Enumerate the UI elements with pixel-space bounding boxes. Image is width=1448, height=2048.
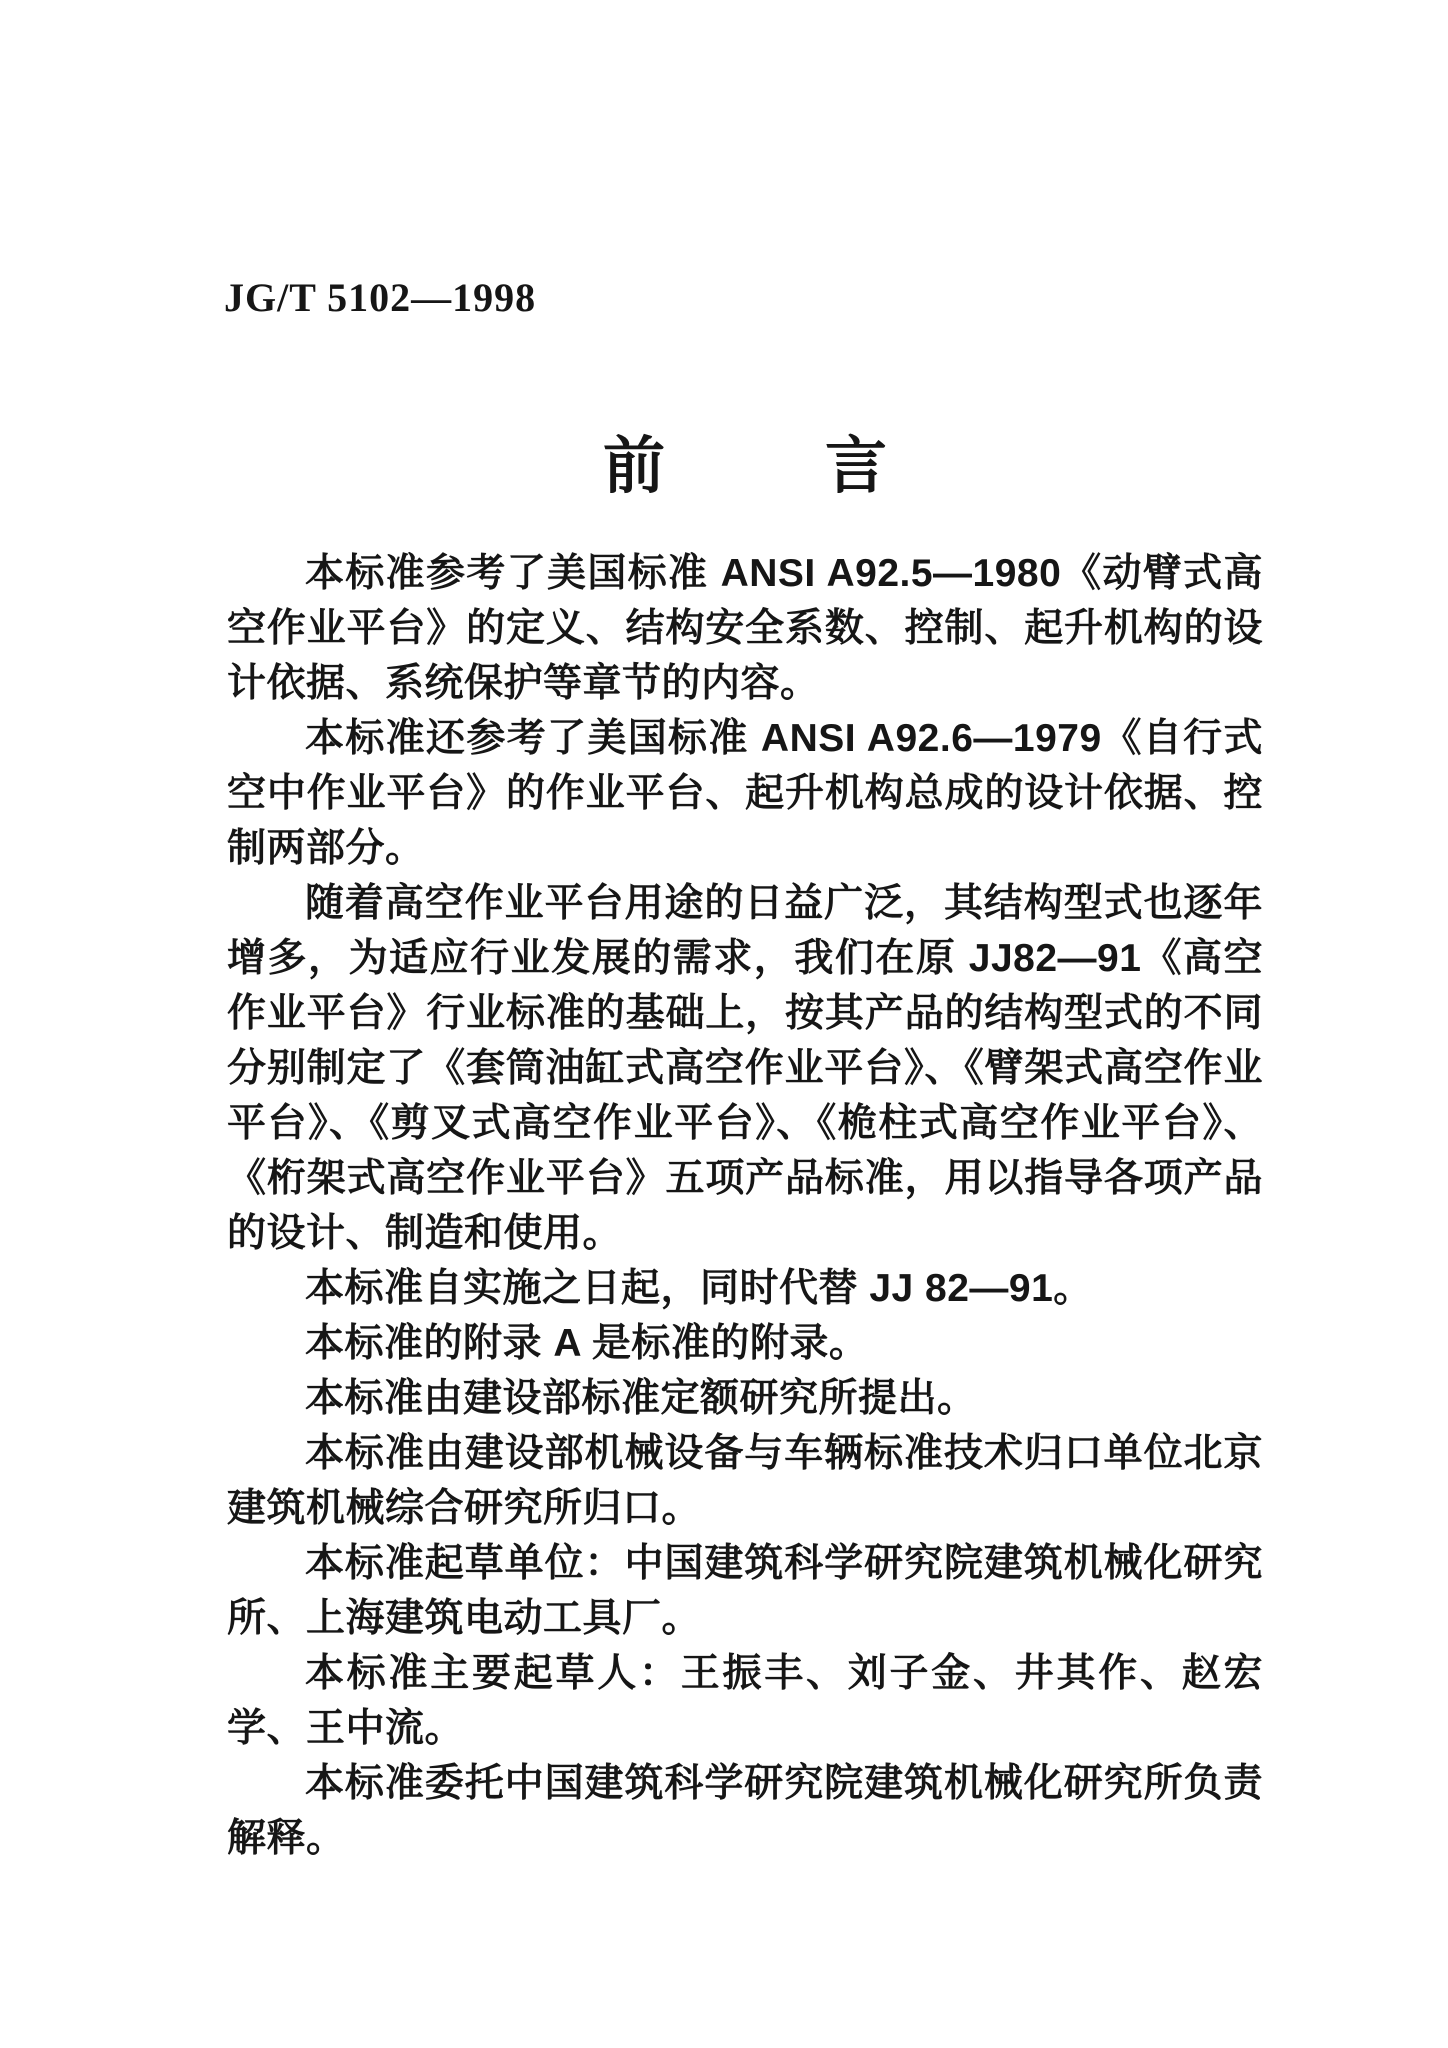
foreword-paragraph: 本标准自实施之日起，同时代替 JJ 82—91。 bbox=[227, 1261, 1263, 1316]
foreword-paragraph: 本标准起草单位：中国建筑科学研究院建筑机械化研究所、上海建筑电动工具厂。 bbox=[227, 1536, 1263, 1646]
foreword-paragraph: 本标准由建设部机械设备与车辆标准技术归口单位北京建筑机械综合研究所归口。 bbox=[227, 1426, 1263, 1536]
page-title: 前 言 bbox=[227, 436, 1263, 498]
foreword-body: 本标准参考了美国标准 ANSI A92.5—1980《动臂式高空作业平台》的定义… bbox=[227, 546, 1263, 1866]
title-char-first: 前 bbox=[603, 436, 665, 498]
foreword-paragraph: 本标准由建设部标准定额研究所提出。 bbox=[227, 1371, 1263, 1426]
foreword-paragraph: 本标准的附录 A 是标准的附录。 bbox=[227, 1316, 1263, 1371]
foreword-paragraph: 本标准委托中国建筑科学研究院建筑机械化研究所负责解释。 bbox=[227, 1756, 1263, 1866]
title-char-second: 言 bbox=[825, 436, 887, 498]
foreword-paragraph: 本标准参考了美国标准 ANSI A92.5—1980《动臂式高空作业平台》的定义… bbox=[227, 546, 1263, 711]
foreword-paragraph: 本标准还参考了美国标准 ANSI A92.6—1979《自行式空中作业平台》的作… bbox=[227, 711, 1263, 876]
standard-number: JG/T 5102—1998 bbox=[224, 274, 536, 321]
foreword-paragraph: 随着高空作业平台用途的日益广泛，其结构型式也逐年增多，为适应行业发展的需求，我们… bbox=[227, 876, 1263, 1261]
foreword-paragraph: 本标准主要起草人：王振丰、刘子金、井其作、赵宏学、王中流。 bbox=[227, 1646, 1263, 1756]
document-page: JG/T 5102—1998 前 言 本标准参考了美国标准 ANSI A92.5… bbox=[0, 0, 1448, 2048]
